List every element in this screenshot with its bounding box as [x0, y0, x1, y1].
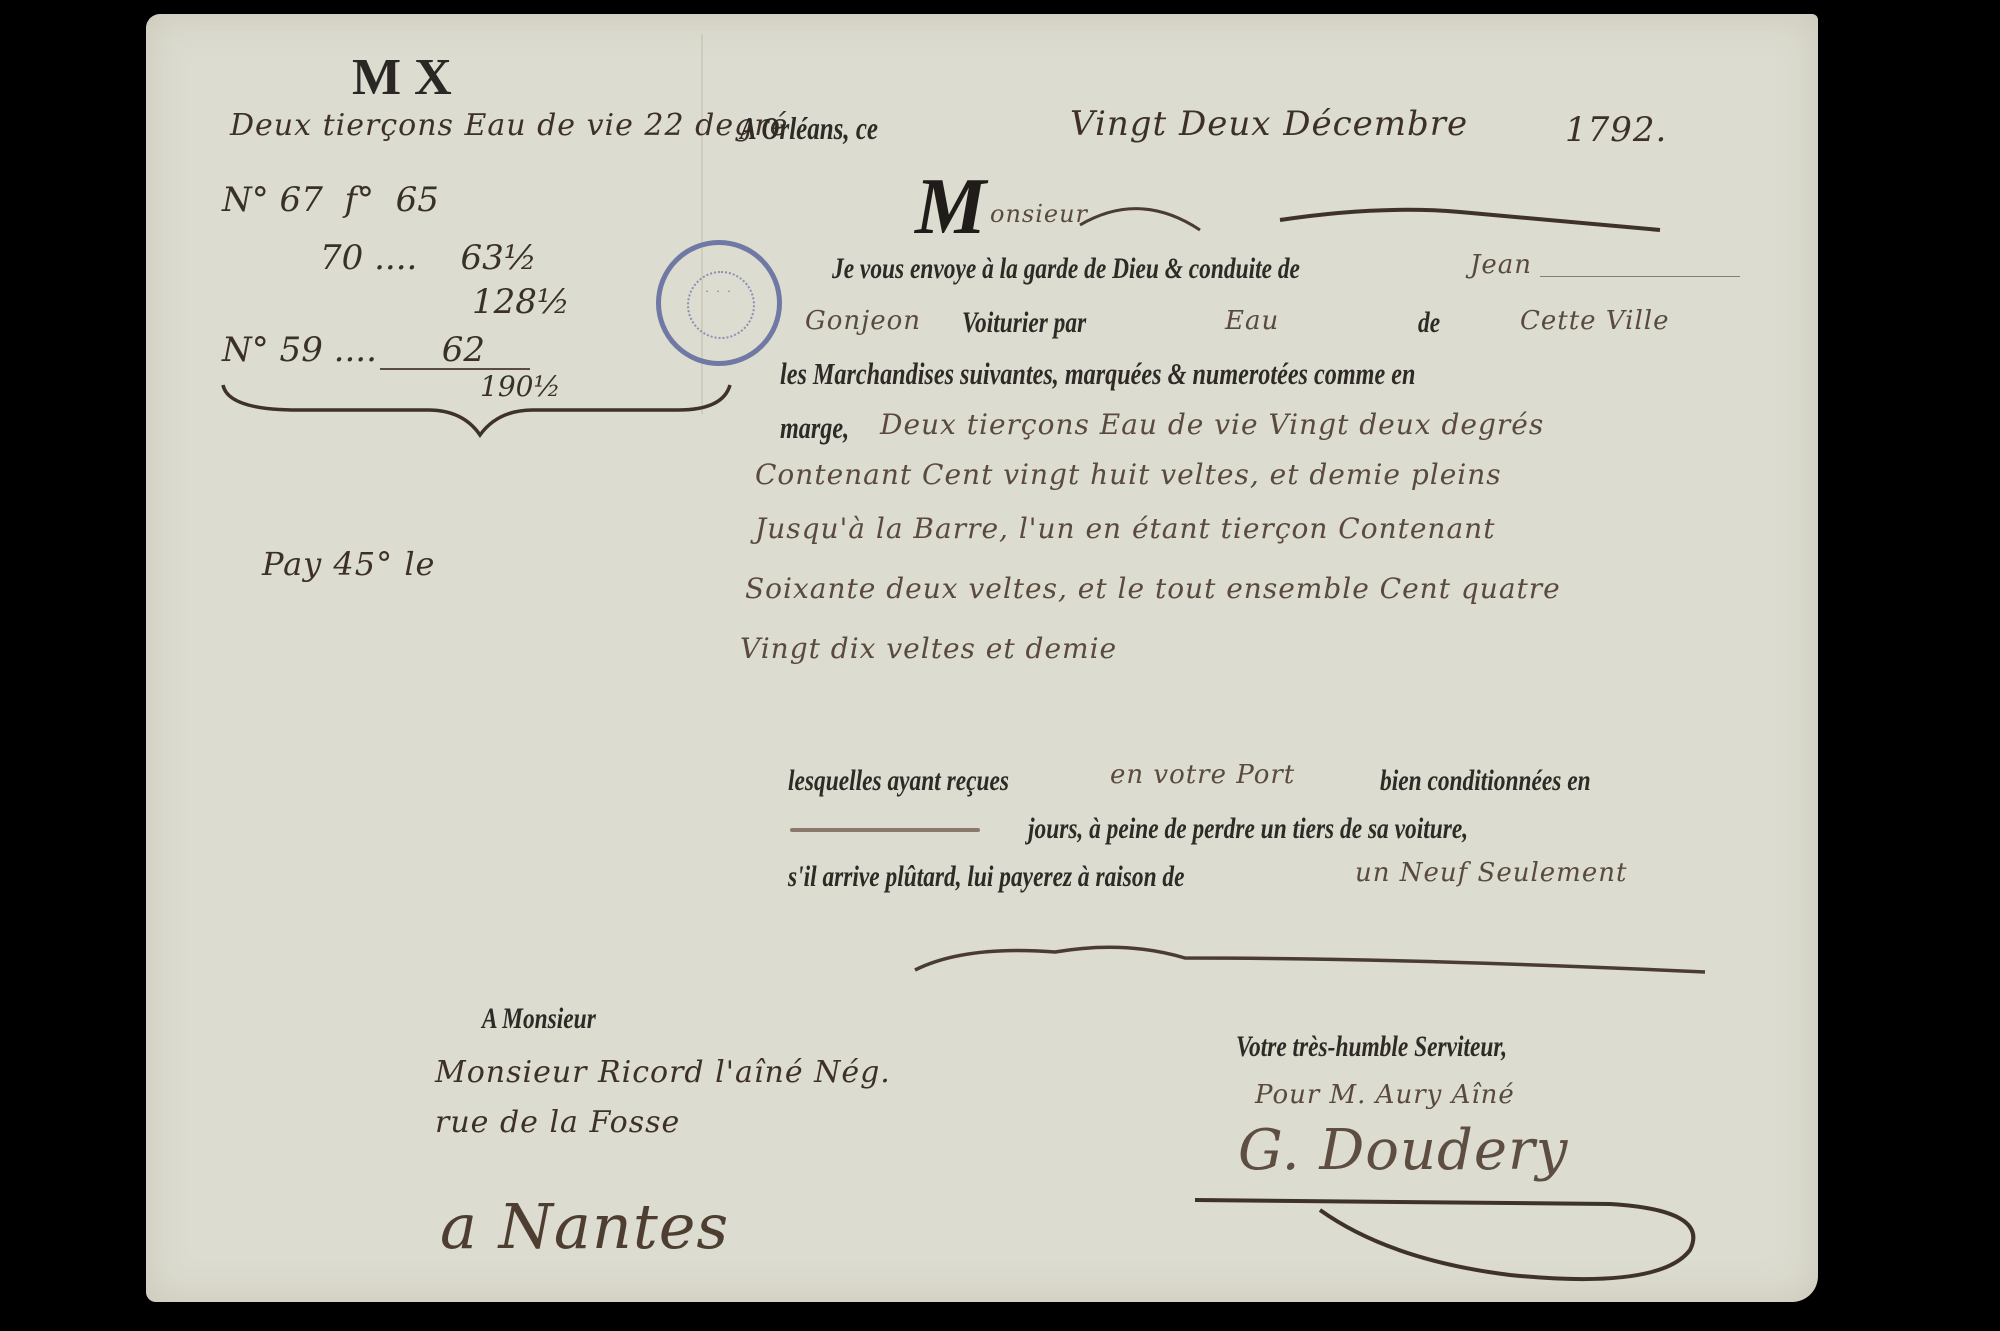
destination-city: a Nantes	[440, 1190, 729, 1263]
body-line-9-printed-a: lesquelles ayant reçues	[788, 764, 1009, 798]
body-line-2-printed-b: de	[1418, 306, 1440, 340]
cargo-description-1: Deux tierçons Eau de vie Vingt deux degr…	[880, 408, 1544, 441]
salutation-flourish	[1060, 190, 1680, 250]
delivery-place: en votre Port	[1110, 760, 1295, 790]
body-end-flourish	[905, 940, 1725, 1000]
handwritten-date: Vingt Deux Décembre	[1070, 104, 1468, 144]
body-line-10-printed: jours, à peine de perdre un tiers de sa …	[1028, 812, 1468, 846]
body-line-2-printed-a: Voiturier par	[962, 306, 1086, 340]
body-line-4-printed: marge,	[780, 410, 849, 446]
account-subtotal: 128½	[472, 282, 570, 322]
merchant-mark: M X	[352, 48, 452, 107]
address-line-2: Monsieur Ricord l'aîné Nég.	[435, 1055, 891, 1090]
transport-mode: Eau	[1225, 306, 1279, 336]
cargo-description-4: Soixante deux veltes, et le tout ensembl…	[745, 572, 1561, 605]
address-line-3: rue de la Fosse	[435, 1105, 680, 1140]
payment-note: Pay 45° le	[262, 545, 435, 583]
address-line-1: A Monsieur	[482, 1002, 596, 1036]
body-line-11-printed: s'il arrive plûtard, lui payerez à raiso…	[788, 860, 1185, 894]
carrier-surname: Gonjeon	[805, 306, 921, 336]
accounts-brace	[218, 380, 738, 440]
signature: G. Doudery	[1238, 1118, 1568, 1183]
body-line-3-printed: les Marchandises suivantes, marquées & n…	[780, 356, 1415, 392]
freight-rate: un Neuf Seulement	[1355, 858, 1627, 888]
account-line: N° 67 f° 65	[222, 180, 439, 220]
signature-paraph	[1190, 1180, 1710, 1290]
salutation-initial: M	[915, 162, 986, 253]
days-blank-scribble	[790, 828, 980, 832]
blank-rule	[1540, 276, 1740, 277]
cargo-description-2: Contenant Cent vingt huit veltes, et dem…	[755, 458, 1502, 491]
account-line: 70 .... 63½	[320, 238, 537, 278]
origin-city: Cette Ville	[1520, 306, 1669, 336]
year: 1792.	[1565, 110, 1667, 150]
cargo-note: Deux tierçons Eau de vie 22 degré	[230, 108, 788, 143]
closing-printed: Votre très-humble Serviteur,	[1236, 1030, 1507, 1064]
body-line-1-printed: Je vous envoye à la garde de Dieu & cond…	[832, 252, 1300, 286]
cargo-description-3: Jusqu'à la Barre, l'un en étant tierçon …	[755, 512, 1495, 545]
account-line: N° 59 .... 62	[222, 330, 485, 370]
cargo-description-5: Vingt dix veltes et demie	[740, 632, 1117, 665]
closing-behalf: Pour M. Aury Aîné	[1255, 1080, 1515, 1110]
body-line-9-printed-b: bien conditionnées en	[1380, 764, 1591, 798]
postal-stamp: · · ·	[656, 240, 782, 366]
carrier-first-name: Jean	[1470, 250, 1532, 280]
printed-place: A Orléans, ce	[740, 110, 878, 147]
